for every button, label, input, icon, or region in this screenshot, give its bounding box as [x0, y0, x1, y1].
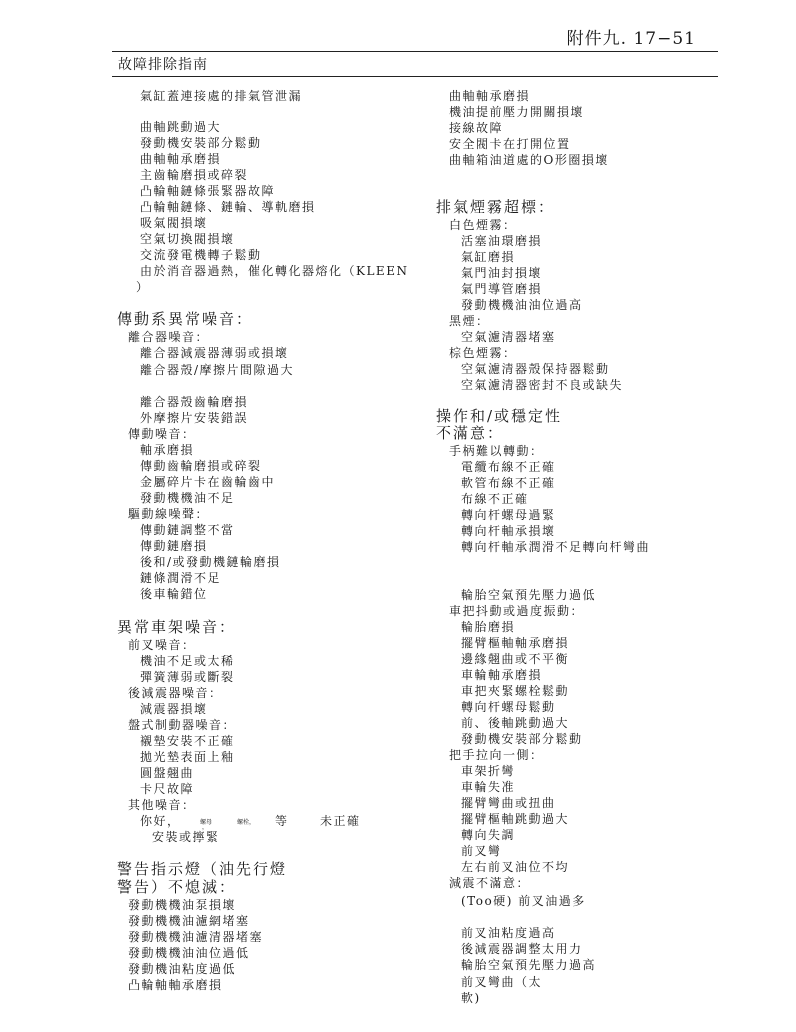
- page-number: 附件九. 17−51: [567, 24, 696, 49]
- cause-item: 發動機安裝部分鬆動: [140, 135, 262, 151]
- subcategory-label: 把手拉向一側：: [449, 747, 544, 763]
- cause-item: 車把夾緊螺栓鬆動: [461, 683, 569, 699]
- cause-item: 安全閥卡在打開位置: [449, 136, 571, 152]
- other-noise-fragment: 螺栓，: [237, 815, 255, 831]
- cause-item: 擺臂彎曲或扭曲: [461, 795, 556, 811]
- cause-item: 金屬碎片卡在齒輪齒中: [140, 474, 275, 490]
- cause-item: 傳動齒輪磨損或碎裂: [140, 458, 262, 474]
- subcategory-label: 減震不滿意：: [449, 875, 530, 891]
- header-rule-top: [112, 51, 718, 52]
- cause-item: 發動機油粘度過低: [128, 961, 236, 977]
- cause-item: 軸承磨損: [140, 442, 194, 458]
- cause-item: 空氣濾清器殼保持器鬆動: [461, 361, 610, 377]
- category-heading: 不滿意：: [436, 425, 504, 442]
- cause-item: 減震器損壞: [140, 701, 208, 717]
- subcategory-label: 離合器噪音：: [128, 329, 209, 345]
- subcategory-label: 盤式制動器噪音：: [128, 717, 236, 733]
- cause-item: 發動機安裝部分鬆動: [461, 731, 583, 747]
- subcategory-label: 棕色煙霧：: [449, 345, 517, 361]
- cause-item: 前叉彎曲（太: [461, 974, 542, 990]
- cause-item: 轉向失調: [461, 827, 515, 843]
- cause-item: 發動機機油濾網堵塞: [128, 913, 250, 929]
- cause-item: 離合器殼/摩擦片間隙過大: [140, 362, 294, 378]
- cause-item: 發動機機油油位過高: [461, 297, 583, 313]
- subcategory-label: 車把抖動或過度振動：: [449, 603, 584, 619]
- cause-item: 曲軸跳動過大: [140, 119, 221, 135]
- cause-item: 邊緣翹曲或不平衡: [461, 651, 569, 667]
- cause-item: 凸輪軸鏈條張緊器故障: [140, 183, 275, 199]
- cause-item: 凸輪軸鏈條、鏈輪、導軌磨損: [140, 199, 316, 215]
- cause-item: (Too硬) 前叉油過多: [461, 893, 586, 909]
- cause-item: 後和/或發動機鏈輪磨損: [140, 554, 281, 570]
- cause-item: 活塞油環磨損: [461, 233, 542, 249]
- cause-item: 曲軸箱油道處的O形圈損壞: [449, 152, 609, 168]
- cause-item: 輪胎磨損: [461, 619, 515, 635]
- cause-item: 前叉油粘度過高: [461, 925, 556, 941]
- cause-item: 曲軸軸承磨損: [449, 88, 530, 104]
- cause-item: 空氣濾清器堵塞: [461, 329, 556, 345]
- subcategory-label: 後減震器噪音：: [128, 685, 223, 701]
- cause-item: 軟): [461, 990, 481, 1006]
- cause-item: 輪胎空氣預先壓力過高: [461, 957, 596, 973]
- subcategory-label: 驅動線噪聲：: [128, 506, 209, 522]
- subcategory-label: 其他噪音：: [128, 797, 196, 813]
- subcategory-label: 前叉噪音：: [128, 637, 196, 653]
- cause-item: ）: [136, 279, 150, 295]
- category-heading: 異常車架噪音：: [117, 619, 236, 636]
- cause-item: 左右前叉油位不均: [461, 859, 569, 875]
- cause-item: 空氣濾清器密封不良或缺失: [461, 377, 623, 393]
- cause-item: 擺臂樞軸跳動過大: [461, 811, 569, 827]
- cause-item: 發動機機油不足: [140, 490, 235, 506]
- cause-item: 轉向杆軸承潤滑不足轉向杆彎曲: [461, 539, 650, 555]
- cause-item: 接線故障: [449, 120, 503, 136]
- cause-item: 擺臂樞軸軸承磨損: [461, 635, 569, 651]
- cause-item: 軟管布線不正確: [461, 475, 556, 491]
- cause-item: 外摩擦片安裝錯誤: [140, 410, 248, 426]
- cause-item: 鏈條潤滑不足: [140, 570, 221, 586]
- other-noise-fragment: ，: [202, 820, 208, 836]
- cause-item: 轉向杆軸承損壞: [461, 523, 556, 539]
- cause-item: 離合器殼齒輪磨損: [140, 394, 248, 410]
- cause-item: 空氣切換閥損壞: [140, 231, 235, 247]
- cause-item: 氣缸蓋連接處的排氣管泄漏: [140, 88, 302, 104]
- cause-item: 輪胎空氣預先壓力過低: [461, 587, 596, 603]
- cause-item: 發動機機油泵損壞: [128, 897, 236, 913]
- cause-item: 布線不正確: [461, 491, 529, 507]
- cause-item: 凸輪軸軸承磨損: [128, 977, 223, 993]
- cause-item: 車輪軸承磨損: [461, 667, 542, 683]
- cause-item: 氣門導管磨損: [461, 281, 542, 297]
- cause-item: 後車輪錯位: [140, 586, 208, 602]
- other-noise-fragment: 你好，: [140, 813, 181, 829]
- cause-item: 氣缸磨損: [461, 249, 515, 265]
- cause-item: 氣門油封損壞: [461, 265, 542, 281]
- cause-item: 離合器減震器薄弱或損壞: [140, 345, 289, 361]
- cause-item: 吸氣閥損壞: [140, 215, 208, 231]
- cause-item: 襯墊安裝不正確: [140, 733, 235, 749]
- cause-item: 車架折彎: [461, 763, 515, 779]
- cause-item: 傳動鏈磨損: [140, 538, 208, 554]
- cause-item: 傳動鏈調整不當: [140, 522, 235, 538]
- page-header: 附件九. 17−51 故障排除指南: [0, 0, 796, 80]
- cause-item: 發動機機油濾清器堵塞: [128, 929, 263, 945]
- category-heading: 排氣煙霧超標：: [436, 199, 555, 216]
- subcategory-label: 手柄難以轉動：: [449, 443, 544, 459]
- cause-item: 圓盤翹曲: [140, 765, 194, 781]
- cause-item: 後減震器調整太用力: [461, 941, 583, 957]
- section-title: 故障排除指南: [118, 54, 208, 74]
- cause-item: 轉向杆螺母過緊: [461, 507, 556, 523]
- category-heading: 警告指示燈（油先行燈: [117, 861, 287, 878]
- cause-item: 曲軸軸承磨損: [140, 151, 221, 167]
- cause-item: 機油提前壓力開關損壞: [449, 104, 584, 120]
- category-heading: 警告）不熄滅：: [117, 879, 236, 896]
- other-noise-fragment: 未正確: [320, 813, 361, 829]
- category-heading: 操作和/或穩定性: [436, 408, 562, 425]
- cause-item: 前、後軸跳動過大: [461, 715, 569, 731]
- cause-item: 安裝或擰緊: [152, 829, 220, 845]
- other-noise-fragment: 等: [275, 813, 289, 829]
- subcategory-label: 黑煙：: [449, 313, 490, 329]
- cause-item: 轉向杆螺母鬆動: [461, 699, 556, 715]
- cause-item: 由於消音器過熱，催化轉化器熔化（KLEEN: [140, 263, 408, 279]
- header-rule-bottom: [112, 76, 718, 77]
- cause-item: 機油不足或太稀: [140, 653, 235, 669]
- cause-item: 彈簧薄弱或斷裂: [140, 669, 235, 685]
- subcategory-label: 白色煙霧：: [449, 217, 517, 233]
- cause-item: 前叉彎: [461, 843, 502, 859]
- cause-item: 電纜布線不正確: [461, 459, 556, 475]
- cause-item: 卡尺故障: [140, 781, 194, 797]
- cause-item: 交流發電機轉子鬆動: [140, 247, 262, 263]
- subcategory-label: 傳動噪音：: [128, 426, 196, 442]
- category-heading: 傳動系異常噪音：: [117, 311, 253, 328]
- cause-item: 拋光墊表面上釉: [140, 749, 235, 765]
- cause-item: 發動機機油油位過低: [128, 945, 250, 961]
- cause-item: 車輪失准: [461, 779, 515, 795]
- cause-item: 主齒輪磨損或碎裂: [140, 167, 248, 183]
